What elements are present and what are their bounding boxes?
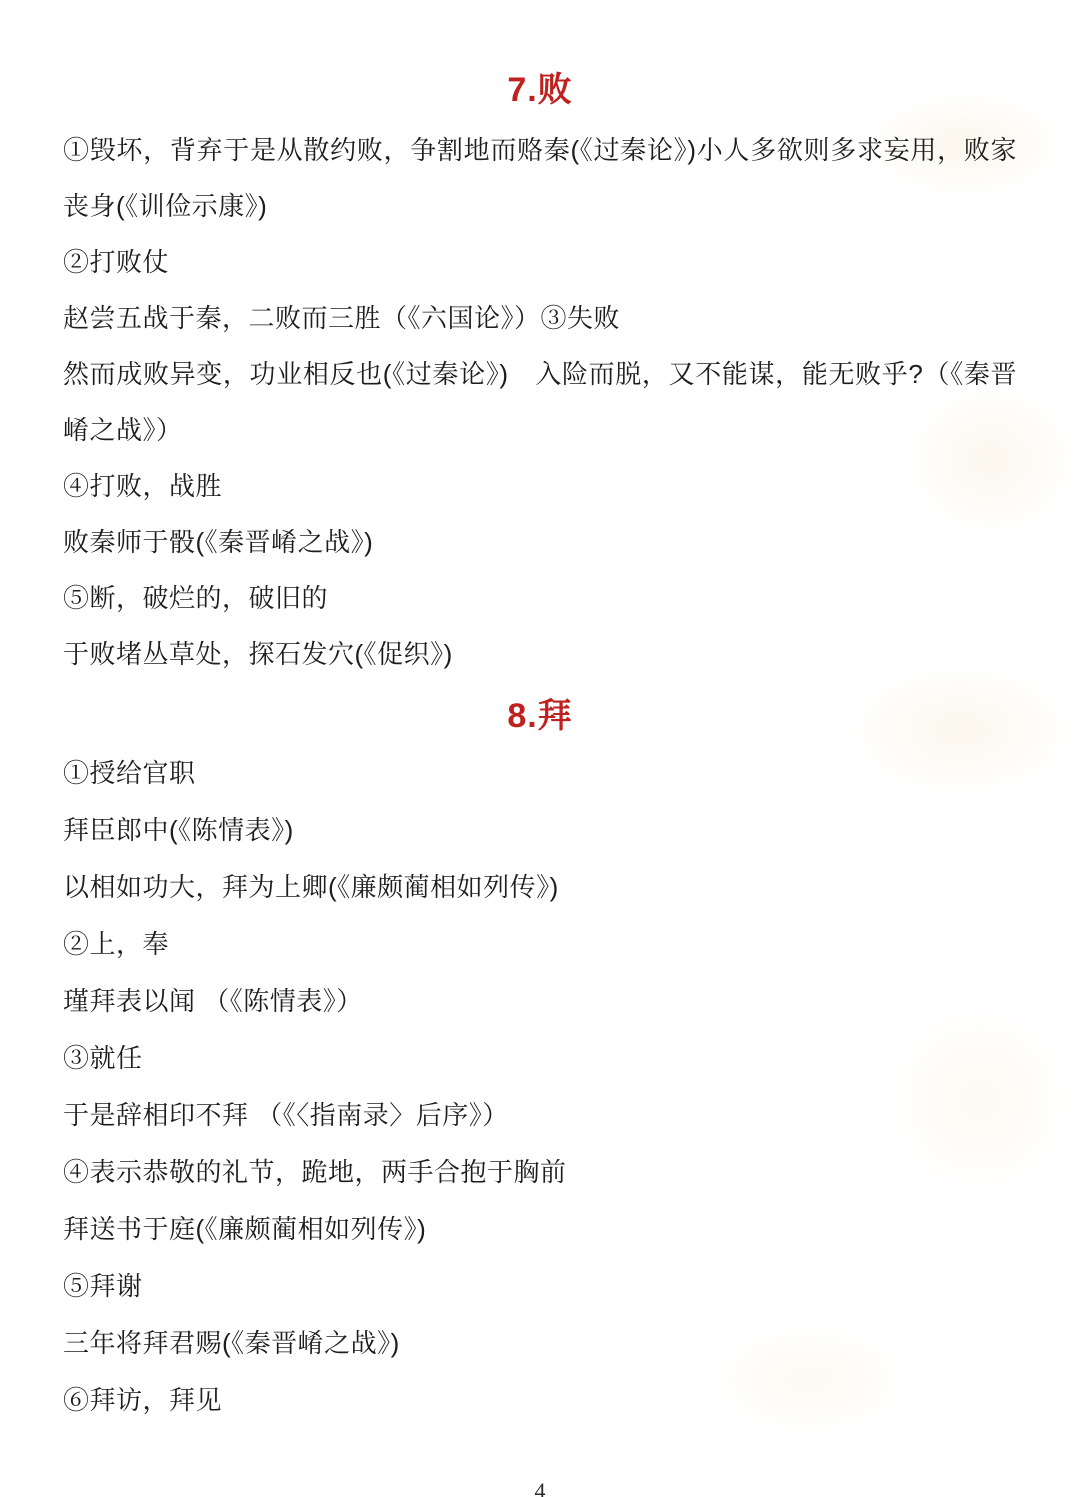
document-page: 7.败 8.拜 ①毁坏，背弃于是从散约败，争割地而赂秦(《过秦论》)小人多欲则多… <box>0 0 1080 1497</box>
text-line: 于是辞相印不拜 （《〈指南录〉后序》） <box>63 1087 1017 1143</box>
text-line: ⑥拜访，拜见 <box>63 1372 1017 1428</box>
text-line: 崤之战》） <box>63 402 1017 458</box>
text-line: 赵尝五战于秦，二败而三胜（《六国论》）③失败 <box>63 290 1017 346</box>
text-line: 三年将拜君赐(《秦晋崤之战》) <box>63 1315 1017 1371</box>
section-heading-7-bai: 7.败 <box>0 62 1080 118</box>
text-line: ④打败，战胜 <box>63 458 1017 514</box>
text-line: 丧身(《训俭示康》) <box>63 178 1017 234</box>
text-line: ①毁坏，背弃于是从散约败，争割地而赂秦(《过秦论》)小人多欲则多求妄用，败家 <box>63 122 1017 178</box>
text-line: ⑤拜谢 <box>63 1258 1017 1314</box>
text-line: 拜送书于庭(《廉颇蔺相如列传》) <box>63 1201 1017 1257</box>
text-line: 拜臣郎中(《陈情表》) <box>63 802 1017 858</box>
text-line: 然而成败异变，功业相反也(《过秦论》) 入险而脱，又不能谋，能无败乎?（《秦晋 <box>63 346 1017 402</box>
text-line: ②打败仗 <box>63 234 1017 290</box>
section-heading-8-bai: 8.拜 <box>0 688 1080 744</box>
text-line: ①授给官职 <box>63 745 1017 801</box>
text-line: 瑾拜表以闻 （《陈情表》） <box>63 973 1017 1029</box>
text-line: ②上，奉 <box>63 916 1017 972</box>
text-line: 败秦师于骰(《秦晋崤之战》) <box>63 514 1017 570</box>
text-line: ③就任 <box>63 1030 1017 1086</box>
text-line: ⑤断，破烂的，破旧的 <box>63 570 1017 626</box>
text-line: 于败堵丛草处，探石发穴(《促织》) <box>63 626 1017 682</box>
text-line: ④表示恭敬的礼节，跪地，两手合抱于胸前 <box>63 1144 1017 1200</box>
page-number: 4 <box>0 1478 1080 1497</box>
text-line: 以相如功大，拜为上卿(《廉颇蔺相如列传》) <box>63 859 1017 915</box>
